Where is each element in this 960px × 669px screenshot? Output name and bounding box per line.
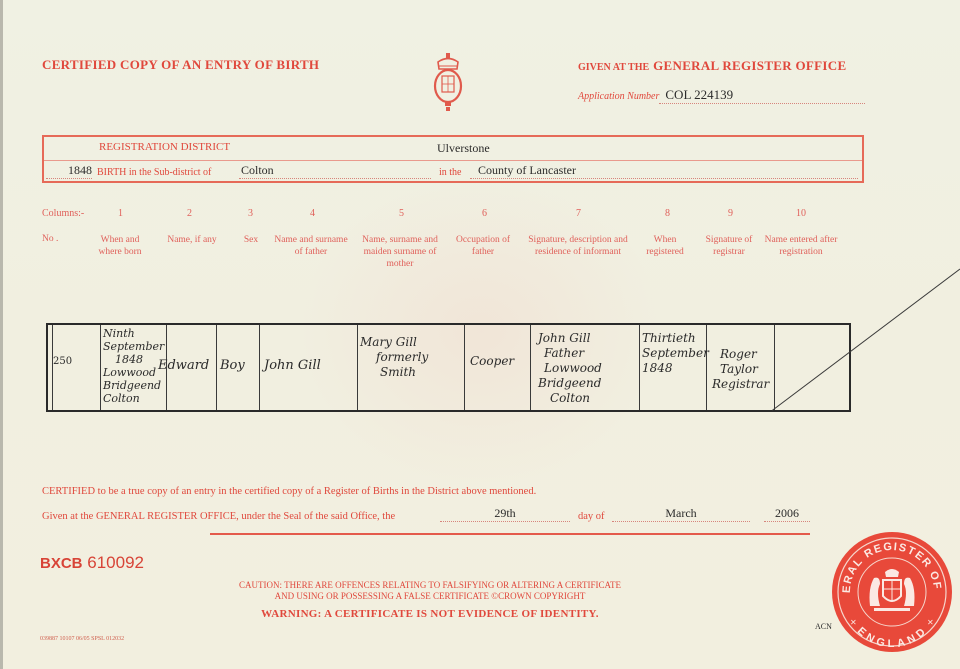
registration-district-label: REGISTRATION DISTRICT: [99, 141, 230, 153]
column-header-registrar: Signature of registrar: [700, 234, 758, 258]
certificate-serial: BXCB 610092: [40, 553, 144, 573]
column-number-2: 2: [187, 208, 192, 219]
mother-name: Mary Gill formerly Smith: [360, 335, 428, 380]
svg-text:✕: ✕: [927, 618, 934, 627]
application-number-label: Application Number: [578, 91, 659, 102]
scan-edge: [0, 0, 3, 669]
given-statement: Given at the GENERAL REGISTER OFFICE, un…: [42, 511, 395, 522]
given-at-label: GIVEN AT THE: [578, 62, 649, 73]
application-number-row: Application NumberCOL 224139: [578, 87, 865, 104]
application-number-value: COL 224139: [659, 87, 865, 104]
no-label: No .: [42, 234, 58, 244]
when-registered: Thirtieth September 1848: [642, 331, 709, 376]
column-header-when-where-born: When and where born: [92, 234, 148, 258]
column-number-8: 8: [665, 208, 670, 219]
informant: John Gill Father Lowwood Bridgeend Colto…: [538, 331, 602, 406]
registration-district-value: Ulverstone: [437, 141, 490, 156]
registration-box: REGISTRATION DISTRICT Ulverstone 1848 BI…: [42, 135, 864, 183]
father-occupation: Cooper: [470, 355, 514, 368]
column-header-name: Name, if any: [160, 234, 224, 246]
certificate-title: CERTIFIED COPY OF AN ENTRY OF BIRTH: [42, 57, 319, 73]
column-header-when-registered: When registered: [640, 234, 690, 258]
column-number-5: 5: [399, 208, 404, 219]
signature-rule: [210, 533, 810, 535]
birth-year-value: 1848: [46, 163, 92, 179]
column-header-father: Name and surname of father: [270, 234, 352, 258]
caution-notice: CAUTION: THERE ARE OFFENCES RELATING TO …: [200, 580, 660, 602]
royal-crest-icon: [433, 52, 463, 112]
column-number-4: 4: [310, 208, 315, 219]
when-where-born: Ninth September 1848 Lowwood Bridgeend C…: [103, 327, 164, 405]
entry-number: 250: [53, 355, 72, 368]
certified-day: 29th: [440, 506, 570, 522]
sub-district-label: BIRTH in the Sub-district of: [97, 167, 211, 178]
child-name: Edward: [158, 359, 209, 372]
column-header-occupation: Occupation of father: [452, 234, 514, 258]
day-of-label: day of: [578, 511, 605, 522]
registrar-signature: Roger Taylor Registrar: [712, 347, 769, 392]
svg-text:✕: ✕: [850, 618, 857, 627]
column-number-10: 10: [796, 208, 806, 219]
general-register-office-seal-icon: GENERAL REGISTER OFFICE ENGLAND ✕ ✕: [830, 530, 954, 654]
print-code: 039887 10107 06/05 SPSL 012032: [40, 636, 124, 642]
in-the-label: in the: [439, 167, 462, 178]
column-number-9: 9: [728, 208, 733, 219]
certified-month: March: [612, 506, 750, 522]
column-header-informant: Signature, description and residence of …: [522, 234, 634, 258]
column-header-name-after: Name entered after registration: [764, 234, 838, 258]
column-header-mother: Name, surname and maiden surname of moth…: [356, 234, 444, 270]
sub-district-value: Colton: [239, 163, 431, 179]
birth-entry-row: 250 Ninth September 1848 Lowwood Bridgee…: [46, 323, 851, 412]
certified-statement: CERTIFIED to be a true copy of an entry …: [42, 486, 536, 497]
given-at-heading: GIVEN AT THE GENERAL REGISTER OFFICE: [578, 57, 846, 75]
column-header-sex: Sex: [236, 234, 266, 246]
county-value: County of Lancaster: [470, 163, 858, 179]
column-number-3: 3: [248, 208, 253, 219]
father-name: John Gill: [264, 359, 321, 372]
certified-year: 2006: [764, 506, 810, 522]
column-number-7: 7: [576, 208, 581, 219]
child-sex: Boy: [220, 359, 245, 372]
columns-label: Columns:-: [42, 208, 84, 219]
column-number-6: 6: [482, 208, 487, 219]
office-name: GENERAL REGISTER OFFICE: [653, 58, 846, 73]
column-number-1: 1: [118, 208, 123, 219]
identity-warning: WARNING: A CERTIFICATE IS NOT EVIDENCE O…: [200, 608, 660, 620]
